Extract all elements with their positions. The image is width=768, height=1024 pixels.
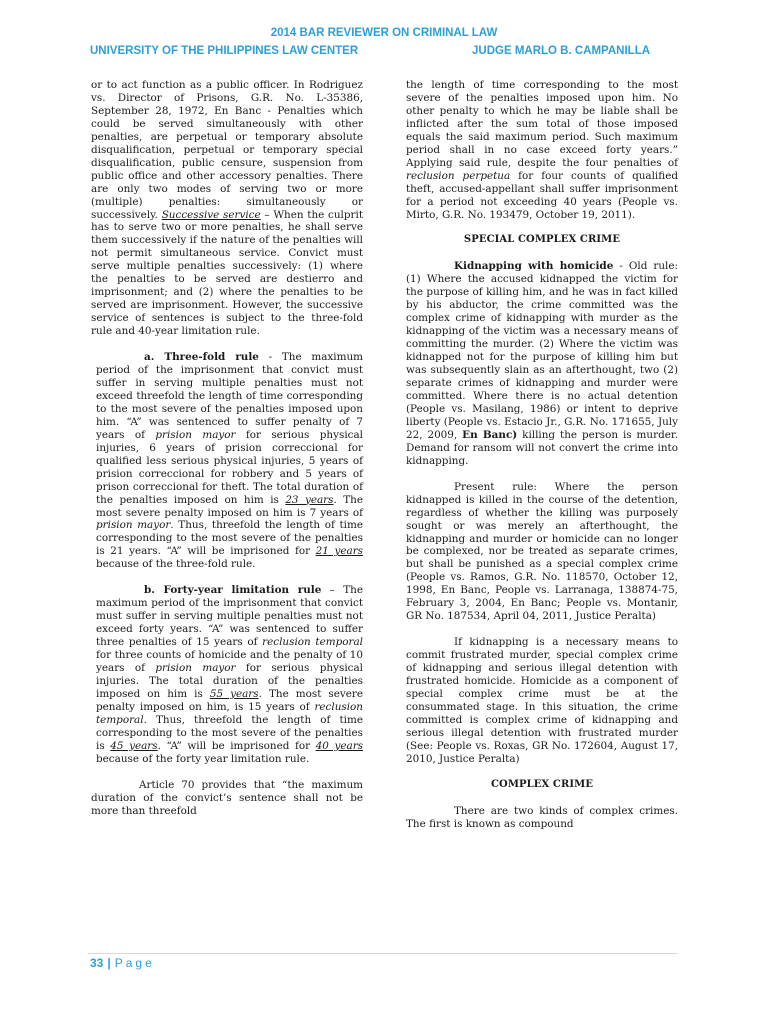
- document-title: 2014 BAR REVIEWER ON CRIMINAL LAW: [0, 27, 768, 39]
- left-column: or to act function as a public officer. …: [91, 79, 363, 817]
- right-column: the length of time corresponding to the …: [406, 79, 678, 831]
- paragraph-three-fold-rule: a. Three-fold rule - The maximum period …: [91, 351, 363, 571]
- page-footer: 33|Page: [90, 956, 155, 970]
- heading-three-fold-rule: a. Three-fold rule: [144, 351, 259, 363]
- term-successive-service: Successive service: [162, 209, 261, 221]
- paragraph-present-rule: Present rule: Where the person kidnapped…: [406, 481, 678, 623]
- heading-kidnapping-with-homicide: Kidnapping with homicide: [454, 260, 613, 272]
- page-label: Page: [115, 956, 155, 970]
- header-institution: UNIVERSITY OF THE PHILIPPINES LAW CENTER: [90, 45, 358, 57]
- heading-complex-crime: COMPLEX CRIME: [406, 779, 678, 792]
- paragraph-successive-service: or to act function as a public officer. …: [91, 79, 363, 338]
- footer-divider: [88, 953, 678, 954]
- paragraph-forty-year-rule: b. Forty-year limitation rule – The maxi…: [91, 584, 363, 765]
- paragraph-frustrated-murder: If kidnapping is a necessary means to co…: [406, 636, 678, 766]
- paragraph-kidnapping-with-homicide: Kidnapping with homicide - Old rule: (1)…: [406, 260, 678, 467]
- paragraph-complex-crime: There are two kinds of complex crimes. T…: [406, 805, 678, 831]
- paragraph-article-70: Article 70 provides that “the maximum du…: [91, 779, 363, 818]
- paragraph-article-70-continued: the length of time corresponding to the …: [406, 79, 678, 221]
- heading-special-complex-crime: SPECIAL COMPLEX CRIME: [406, 234, 678, 247]
- header-author: JUDGE MARLO B. CAMPANILLA: [472, 45, 650, 57]
- heading-forty-year-rule: b. Forty-year limitation rule: [144, 584, 321, 596]
- footer-separator: |: [107, 956, 110, 970]
- page-number: 33: [90, 956, 103, 970]
